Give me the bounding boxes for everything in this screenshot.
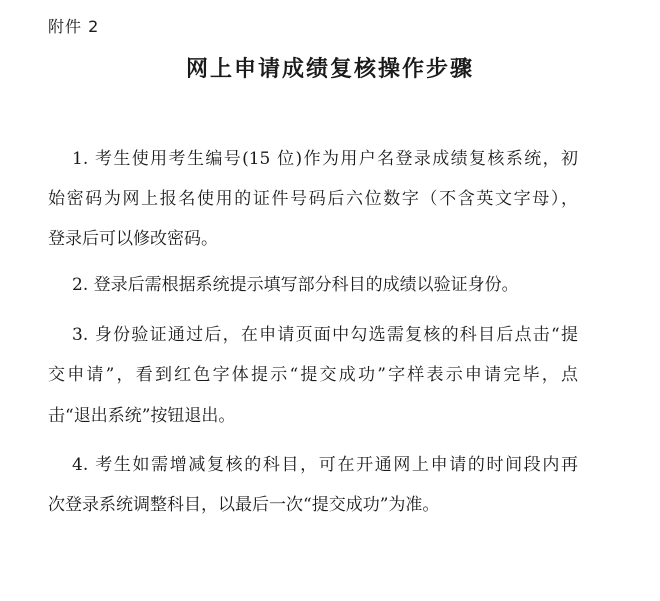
page-title: 网上申请成绩复核操作步骤 <box>0 52 660 83</box>
step-1-line-3: 登录后可以修改密码。 <box>48 226 578 252</box>
step-3-line-3: 击“退出系统”按钮退出。 <box>48 403 578 429</box>
step-1-line-1: 1. 考生使用考生编号(15 位)作为用户名登录成绩复核系统，初 <box>72 146 578 172</box>
attachment-label: 附件 2 <box>48 14 99 37</box>
step-4-line-1: 4. 考生如需增减复核的科目，可在开通网上申请的时间段内再 <box>72 452 578 478</box>
step-1-line-2: 始密码为网上报名使用的证件号码后六位数字（不含英文字母）， <box>48 186 578 212</box>
step-2-line-1: 2. 登录后需根据系统提示填写部分科目的成绩以验证身份。 <box>72 272 578 298</box>
step-3-line-1: 3. 身份验证通过后，在申请页面中勾选需复核的科目后点击“提 <box>72 322 578 348</box>
step-4-line-2: 次登录系统调整科目，以最后一次“提交成功”为准。 <box>48 492 578 518</box>
step-3-line-2: 交申请”，看到红色字体提示“提交成功”字样表示申请完毕，点 <box>48 362 578 388</box>
